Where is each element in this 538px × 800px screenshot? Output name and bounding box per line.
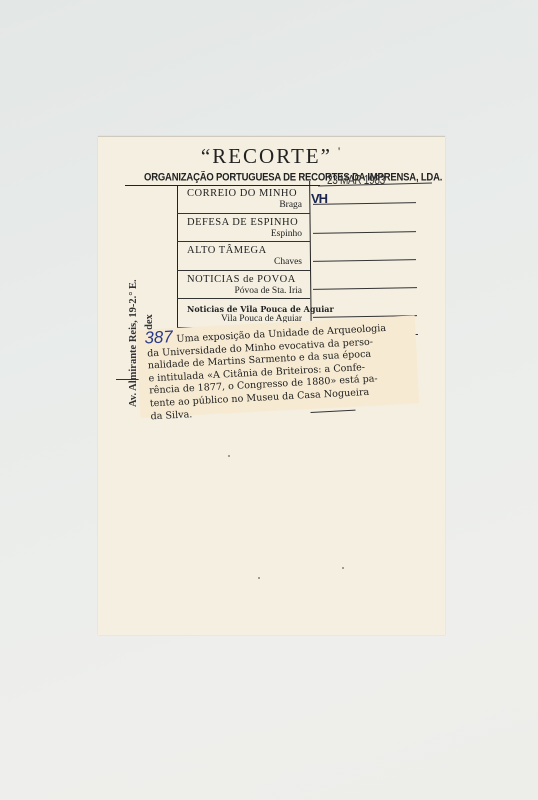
publication-name: ALTO TÂMEGA <box>187 245 267 256</box>
paper-speck <box>342 567 344 569</box>
publication-row: ALTO TÂMEGA Chaves <box>177 242 310 271</box>
publication-name: NOTICIAS de POVOA <box>187 274 296 285</box>
agency-title: “RECORTE”' <box>98 144 445 169</box>
newspaper-clipping: 387 Uma exposição da Unidade de Arqueolo… <box>136 315 419 417</box>
entry-line <box>313 259 416 262</box>
publication-row: DEFESA DE ESPINHO Espinho <box>177 214 310 243</box>
entry-line <box>313 202 416 205</box>
publication-name: DEFESA DE ESPINHO <box>187 217 298 228</box>
clipping-text: Uma exposição da Unidade de Arqueologia … <box>146 322 416 424</box>
publication-name: Noticias de Vila Pouca de Aguiar <box>187 304 334 314</box>
organization-name: ORGANIZAÇÃO PORTUGUESA DE RECORTES DA IM… <box>144 171 442 184</box>
publication-name: CORREIO DO MINHO <box>187 188 297 199</box>
paper-speck <box>228 455 230 457</box>
publication-row: NOTICIAS de POVOA Póvoa de Sta. Iria <box>177 271 310 300</box>
title-tick-mark: ' <box>338 144 342 158</box>
publication-city: Espinho <box>271 229 302 239</box>
publication-city: Póvoa de Sta. Iria <box>234 286 302 296</box>
margin-dash-left <box>116 379 140 380</box>
publication-row: CORREIO DO MINHO Braga <box>177 185 310 214</box>
entry-line <box>313 231 416 234</box>
publication-city: Chaves <box>274 257 302 267</box>
clipping-form-sheet: “RECORTE”' ORGANIZAÇÃO PORTUGUESA DE REC… <box>98 136 445 635</box>
agency-title-text: “RECORTE” <box>201 144 332 168</box>
entry-line <box>313 287 417 290</box>
paper-speck <box>258 577 260 579</box>
publication-city: Braga <box>279 200 302 210</box>
